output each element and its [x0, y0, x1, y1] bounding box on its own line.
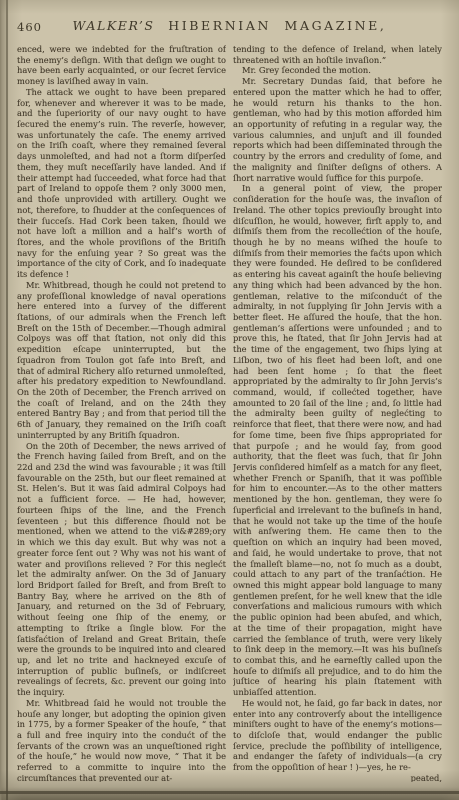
paragraph: Mr. Whitbread ſaid he would not trouble …: [17, 698, 226, 782]
paragraph: tending to the defence of Ireland, when …: [233, 44, 442, 65]
journal-title-rest: HIBERNIAN MAGAZINE,: [168, 18, 386, 33]
running-header: 460 WALKER’S HIBERNIAN MAGAZINE,: [0, 18, 459, 40]
page-bottom-edge-shadow: [0, 791, 459, 794]
scanned-magazine-page: 460 WALKER’S HIBERNIAN MAGAZINE, enced, …: [0, 0, 459, 800]
paragraph: Mr. Grey ſeconded the motion.: [233, 65, 442, 76]
catchword: peated,: [233, 773, 442, 782]
article-body: enced, were we indebted for the fruſtrat…: [17, 44, 447, 782]
right-column: tending to the defence of Ireland, when …: [233, 44, 442, 782]
paragraph: enced, were we indebted for the fruſtrat…: [17, 44, 226, 87]
journal-title-name: WALKER’S: [73, 18, 155, 33]
paragraph: Mr. Secretary Dundas ſaid, that before h…: [233, 76, 442, 183]
page-left-edge-shadow: [6, 0, 8, 800]
journal-title: WALKER’S HIBERNIAN MAGAZINE,: [0, 18, 459, 33]
left-column: enced, were we indebted for the fruſtrat…: [17, 44, 226, 782]
paragraph: The attack we ought to have been prepare…: [17, 87, 226, 280]
paragraph: He would not, he ſaid, go far back in da…: [233, 698, 442, 773]
paragraph: In a general point of view, the proper c…: [233, 183, 442, 698]
paragraph: On the 20th of December, the news arrive…: [17, 441, 226, 698]
paragraph: Mr. Whitbread, though he could not prete…: [17, 280, 226, 441]
